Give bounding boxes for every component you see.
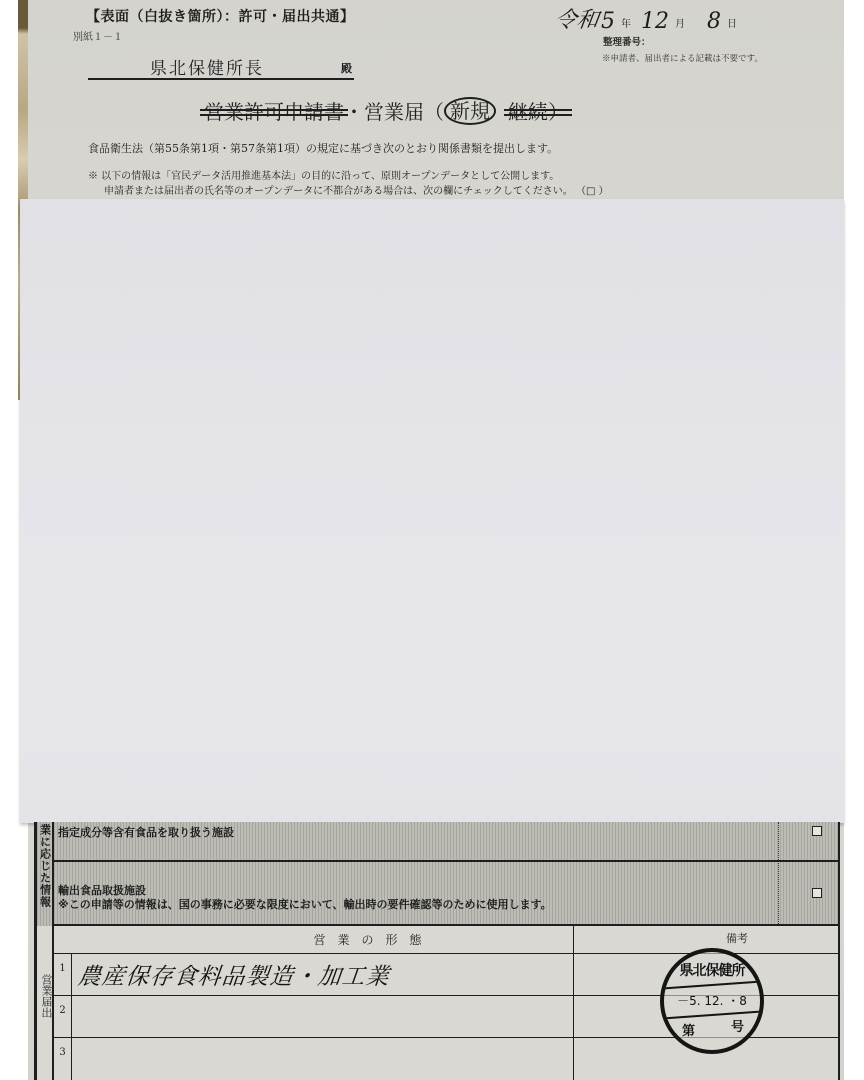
stamp-divider <box>664 1011 760 1020</box>
addressee-honorific: 殿 <box>341 60 352 76</box>
date-year: 5 <box>601 9 615 34</box>
date-year-unit: 年 <box>621 15 631 30</box>
export-facility-checkbox[interactable] <box>812 888 822 898</box>
designated-ingredient-facility-label: 指定成分等含有食品を取り扱う施設 <box>58 824 234 840</box>
business-notification-side: 営業届出 <box>34 926 54 1080</box>
special-info-side-label: 業に応じた情報 <box>34 822 54 926</box>
title-paren: （ <box>424 96 444 125</box>
optout-instruction: 申請者または届出者の氏名等のオープンデータに不都合がある場合は、次の欄にチェック… <box>104 186 573 197</box>
date-era: 令和 <box>553 3 601 34</box>
addressee-name: 県北保健所長 <box>150 54 264 79</box>
struck-renewal-option: 継続） <box>508 96 568 125</box>
receipt-stamp: 県北保健所 －5. 12. ・8 第 号 <box>660 948 764 1054</box>
date-month-unit: 月 <box>675 15 685 30</box>
business-notification-side-label: 営業届出 <box>39 974 53 1018</box>
handwritten-business-type: 農産保存食料品製造・加工業 <box>76 958 391 991</box>
open-data-optout-checkbox[interactable]: （□ ） <box>576 182 609 197</box>
open-data-note: ※ 以下の情報は「官民データ活用推進基本法」の目的に沿って、原則オープンデータと… <box>88 167 559 182</box>
form-attachment-id: 別紙１－１ <box>73 28 123 43</box>
reference-number-note: ※申請者、届出者による記載は不要です。 <box>602 52 763 64</box>
row-number: 2 <box>54 996 72 1037</box>
stamp-office-name: 県北保健所 <box>664 960 760 980</box>
special-info-section: 指定成分等含有食品を取り扱う施設 輸出食品取扱施設 ※この申請等の情報は、国の事… <box>54 822 840 926</box>
special-info-row: 輸出食品取扱施設 ※この申請等の情報は、国の事務に必要な限度において、輸出時の要… <box>54 862 838 926</box>
date-day: 8 <box>707 9 721 34</box>
business-form-header: 営業の形態 <box>54 926 574 954</box>
business-form-cell[interactable] <box>72 1038 574 1080</box>
open-data-optout-note: 申請者または届出者の氏名等のオープンデータに不都合がある場合は、次の欄にチェック… <box>104 182 609 197</box>
law-statement: 食品衛生法（第55条第1項・第57条第1項）の規定に基づき次のとおり関係書類を提… <box>88 140 558 156</box>
reference-number-label: 整理番号： <box>603 34 651 48</box>
stamp-divider <box>664 981 760 990</box>
business-form-cell[interactable]: 農産保存食料品製造・加工業 <box>72 954 574 995</box>
stamp-date: －5. 12. ・8 <box>664 992 760 1009</box>
document-title: 営業許可申請書 ・ 営業届 （ 新規 継続） <box>204 96 568 125</box>
business-form-cell[interactable] <box>72 996 574 1037</box>
export-facility-note: ※この申請等の情報は、国の事務に必要な限度において、輸出時の要件確認等のために使… <box>58 896 552 912</box>
row-number: 3 <box>54 1038 72 1080</box>
photo-background <box>0 0 20 1080</box>
stamp-number-prefix: 第 <box>682 1020 695 1039</box>
date-day-unit: 日 <box>727 15 737 30</box>
business-notification-title: 営業届 <box>364 96 424 125</box>
special-info-row: 指定成分等含有食品を取り扱う施設 <box>54 822 838 862</box>
form-section-header: 【表面（白抜き箇所）：許可・届出共通】 <box>86 6 355 26</box>
date-month: 12 <box>641 9 669 34</box>
stamp-number-suffix: 号 <box>731 1016 744 1035</box>
circled-new-option: 新規 <box>444 97 496 125</box>
struck-permit-application: 営業許可申請書 <box>204 96 344 125</box>
addressee-field: 県北保健所長 殿 <box>88 54 354 80</box>
designated-ingredient-checkbox[interactable] <box>812 826 822 836</box>
row-number: 1 <box>54 954 72 995</box>
submission-date: 令和 5 年 12 月 8 日 <box>555 4 745 34</box>
blank-cover-sheet <box>20 199 844 823</box>
